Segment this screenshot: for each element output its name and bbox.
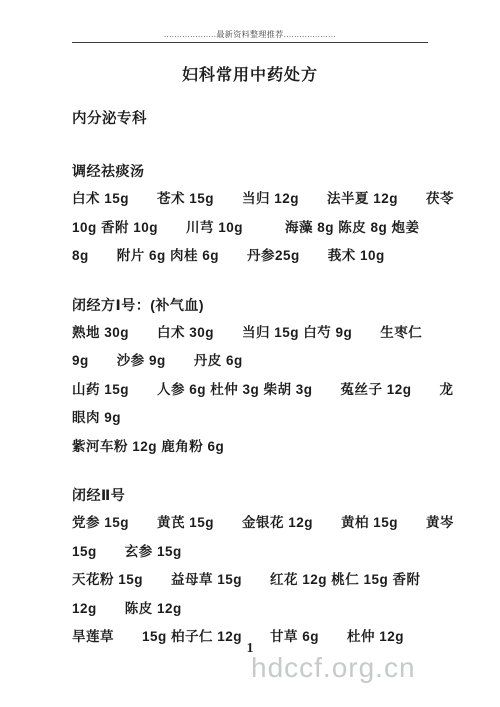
prescription-line: 白术 15g 苍术 15g 当归 12g 法半夏 12g 茯苓: [72, 185, 428, 214]
section-lines: 熟地 30g 白术 30g 当归 15g 白芍 9g 生枣仁 9g 沙参 9g …: [72, 319, 428, 462]
section-heading: 闭经Ⅱ号: [72, 485, 428, 505]
section-lines: 党参 15g 黄芪 15g 金银花 12g 黄柏 15g 黄岑 15g 玄参 1…: [72, 509, 428, 652]
department-heading: 内分泌专科: [72, 107, 428, 128]
prescription-line: 15g 玄参 15g: [72, 538, 428, 567]
watermark-text: hdccf.org.cn: [251, 652, 416, 684]
prescription-line: 山药 15g 人参 6g 杜仲 3g 柴胡 3g 菟丝子 12g 龙: [72, 376, 428, 405]
prescription-line: 党参 15g 黄芪 15g 金银花 12g 黄柏 15g 黄岑: [72, 509, 428, 538]
prescription-line: 熟地 30g 白术 30g 当归 15g 白芍 9g 生枣仁: [72, 319, 428, 348]
page-number: 1: [0, 641, 500, 657]
section-heading: 闭经方Ⅰ号：(补气血): [72, 295, 428, 315]
prescription-line: 8g 附片 6g 肉桂 6g 丹参25g 莪术 10g: [72, 242, 428, 271]
prescription-line: 紫河车粉 12g 鹿角粉 6g: [72, 433, 428, 462]
prescription-line: 12g 陈皮 12g: [72, 595, 428, 624]
prescription-line: 9g 沙参 9g 丹皮 6g: [72, 347, 428, 376]
prescription-line: 眼肉 9g: [72, 404, 428, 433]
header-text: ....................最新资料整理推荐............…: [164, 30, 336, 39]
prescription-line: 10g 香附 10g 川芎 10g 海藻 8g 陈皮 8g 炮姜: [72, 214, 428, 243]
page-header: ....................最新资料整理推荐............…: [72, 0, 428, 43]
section-heading: 调经祛痰汤: [72, 161, 428, 181]
document-page: ....................最新资料整理推荐............…: [0, 0, 500, 707]
section-lines: 白术 15g 苍术 15g 当归 12g 法半夏 12g 茯苓 10g 香附 1…: [72, 185, 428, 271]
document-title: 妇科常用中药处方: [0, 62, 500, 85]
prescription-line: 天花粉 15g 益母草 15g 红花 12g 桃仁 15g 香附: [72, 566, 428, 595]
